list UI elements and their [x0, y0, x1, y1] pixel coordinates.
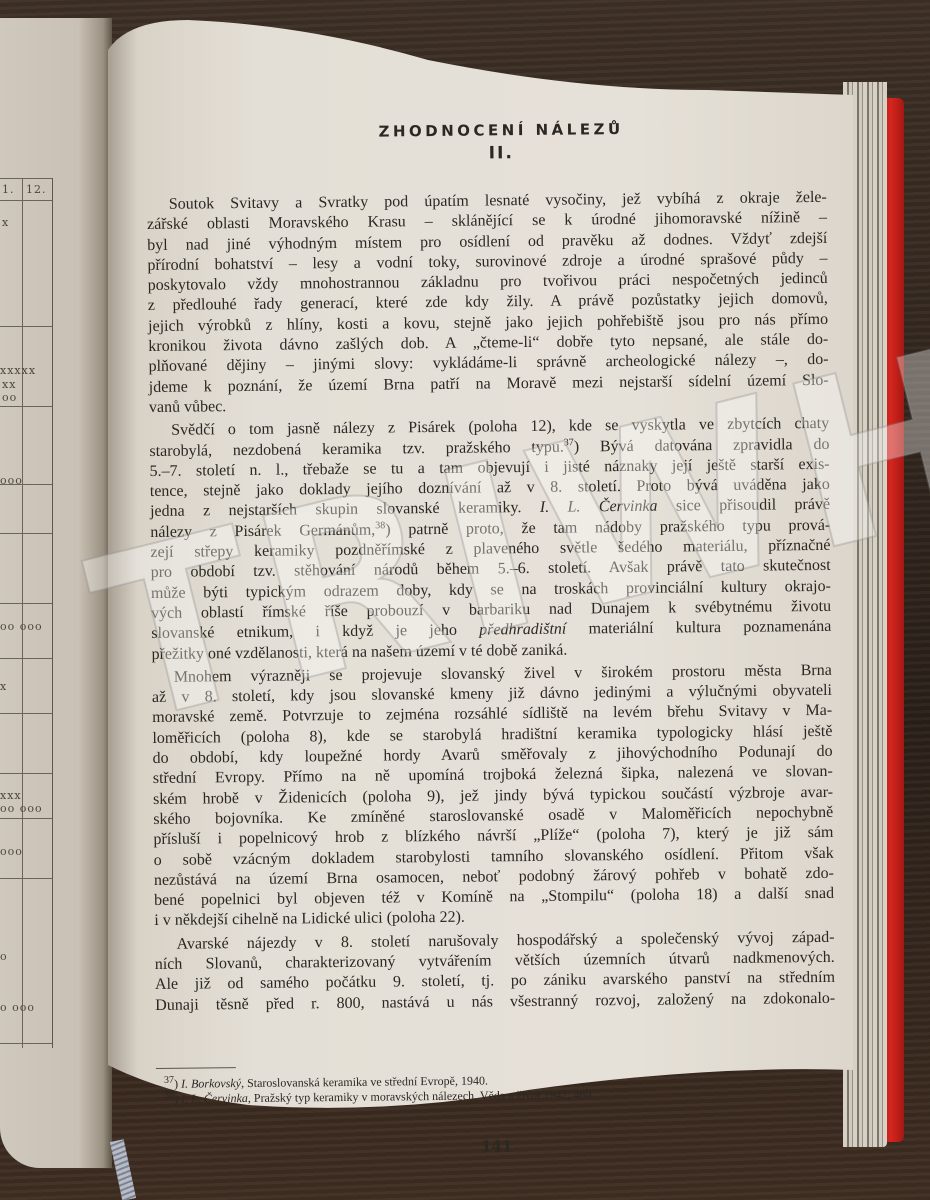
table-cell: xxxxx — [0, 364, 36, 377]
table-row-divider — [0, 603, 52, 604]
footnote-ref[interactable]: 38 — [375, 520, 385, 531]
table-cell: oo — [2, 391, 17, 404]
author-name: I. L. Červinka — [540, 498, 658, 516]
table-cell: ooo — [0, 474, 23, 487]
emphasis-term: předhradištní — [479, 621, 566, 639]
table-cell: x — [0, 680, 7, 693]
footnote-author: I. L. Červinka — [181, 1091, 248, 1106]
table-row-divider — [0, 1043, 52, 1044]
page-content: ZHODNOCENÍ NÁLEZŮ II. Soutok Svitavy a S… — [146, 118, 837, 1159]
table-row-divider — [0, 658, 52, 659]
table-row-divider — [0, 533, 52, 534]
paragraph: Svědčí o tom jasně nálezy z Pisárek (pol… — [149, 414, 832, 665]
table-header-cell: 12. — [26, 183, 47, 196]
table-cell: o — [0, 950, 8, 963]
footnote-ref[interactable]: 37 — [564, 437, 574, 448]
table-cell: x — [2, 216, 9, 229]
table-row-divider — [0, 406, 52, 407]
table-cell: ooo — [0, 845, 23, 858]
table-cell: xxx — [0, 789, 22, 802]
table-row-divider — [0, 773, 52, 774]
paragraph: Mnohem výrazněji se projevuje slovanský … — [152, 661, 835, 932]
table-row-divider — [0, 200, 52, 201]
table-column-divider — [22, 178, 23, 1048]
table-row-divider — [0, 878, 52, 879]
table-row-divider — [0, 818, 52, 819]
left-page-table: 1. 12. x xxxxx xx oo ooo oo ooo x xxx oo… — [0, 178, 53, 1048]
chapter-number: II. — [146, 140, 826, 167]
footnote-author: I. Borkovský — [181, 1076, 241, 1091]
paragraph: Avarské nájezdy v 8. století narušovaly … — [154, 928, 835, 1016]
table-cell: xx — [2, 378, 16, 391]
left-page: 1. 12. x xxxxx xx oo ooo oo ooo x xxx oo… — [0, 18, 112, 1168]
table-row-divider — [0, 178, 52, 179]
paragraph: Soutok Svitavy a Svratky pod úpatím lesn… — [147, 188, 829, 418]
table-row-divider — [0, 713, 52, 714]
table-cell: oo ooo — [0, 802, 43, 815]
table-cell: oo ooo — [0, 620, 43, 633]
table-cell: o ooo — [0, 1001, 35, 1014]
table-header-cell: 1. — [2, 183, 15, 196]
table-row-divider — [0, 326, 52, 327]
footnote-separator — [156, 1067, 236, 1069]
